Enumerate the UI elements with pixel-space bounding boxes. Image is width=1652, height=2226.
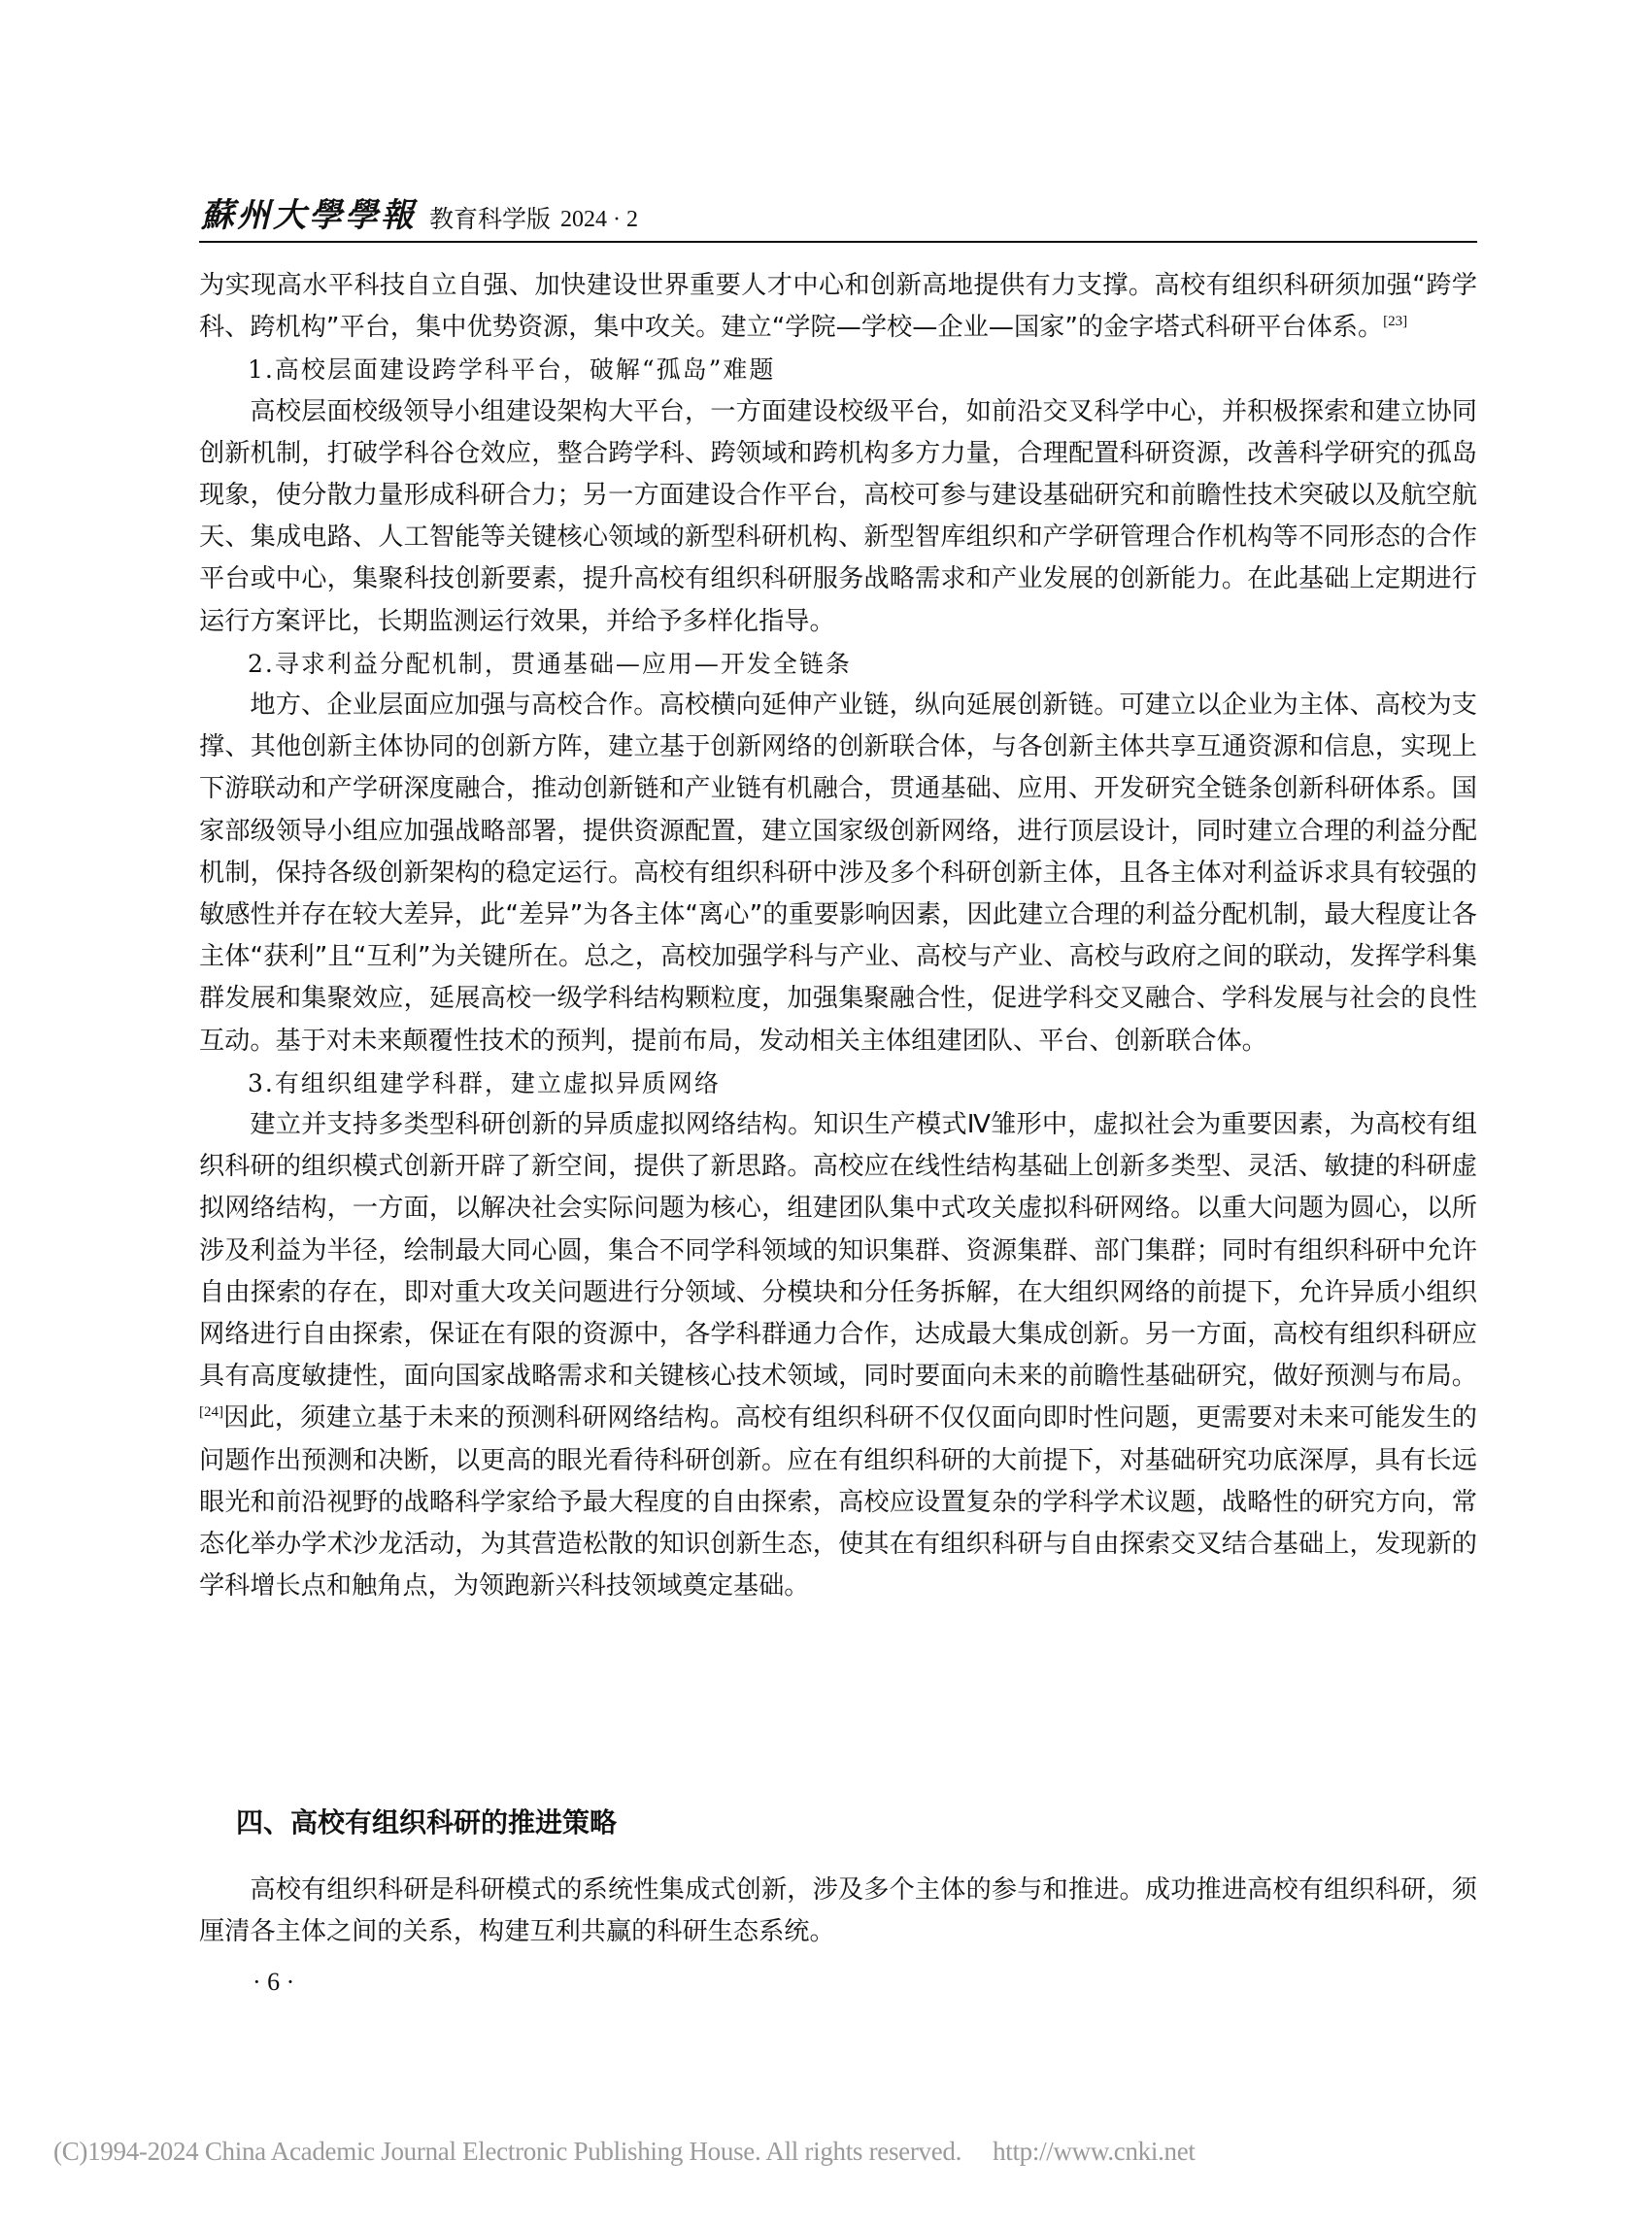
subsection-paragraph-2: 地方、企业层面应加强与高校合作。高校横向延伸产业链，纵向延展创新链。可建立以企业…	[199, 685, 1477, 1062]
journal-issue: 2024 · 2	[560, 204, 638, 235]
footer-url: http://www.cnki.net	[993, 2137, 1196, 2166]
running-header: 蘇州大學學報 教育科学版 2024 · 2	[199, 194, 1477, 243]
section-heading: 四、高校有组织科研的推进策略	[236, 1804, 617, 1842]
intro-paragraph: 为实现高水平科技自立自强、加快建设世界重要人才中心和创新高地提供有力支撑。高校有…	[199, 265, 1477, 349]
subsection-paragraph-1: 高校层面校级领导小组建设架构大平台，一方面建设校级平台，如前沿交叉科学中心，并积…	[199, 391, 1477, 643]
copyright-text: (C)1994-2024 China Academic Journal Elec…	[53, 2137, 961, 2166]
journal-edition: 教育科学版	[429, 204, 551, 235]
copyright-footer: (C)1994-2024 China Academic Journal Elec…	[53, 2137, 1196, 2167]
section-body: 高校有组织科研是科研模式的系统性集成式创新，涉及多个主体的参与和推进。成功推进高…	[199, 1870, 1477, 1953]
journal-masthead: 蘇州大學學報	[201, 196, 417, 235]
citation-ref: [23]	[1383, 314, 1407, 329]
subsection-heading-3: 3.有组织组建学科群，建立虚拟异质网络	[199, 1062, 1477, 1104]
subsection-heading-2: 2.寻求利益分配机制，贯通基础—应用—开发全链条	[199, 643, 1477, 685]
page-number: · 6 ·	[253, 1967, 294, 1998]
section-paragraph: 高校有组织科研是科研模式的系统性集成式创新，涉及多个主体的参与和推进。成功推进高…	[199, 1870, 1477, 1953]
subsection-paragraph-3: 建立并支持多类型科研创新的异质虚拟网络结构。知识生产模式Ⅳ雏形中，虚拟社会为重要…	[199, 1104, 1477, 1607]
citation-ref: [24]	[199, 1404, 223, 1420]
subsection-heading-1: 1.高校层面建设跨学科平台，破解“孤岛”难题	[199, 349, 1477, 390]
article-body: 为实现高水平科技自立自强、加快建设世界重要人才中心和创新高地提供有力支撑。高校有…	[199, 265, 1477, 1608]
